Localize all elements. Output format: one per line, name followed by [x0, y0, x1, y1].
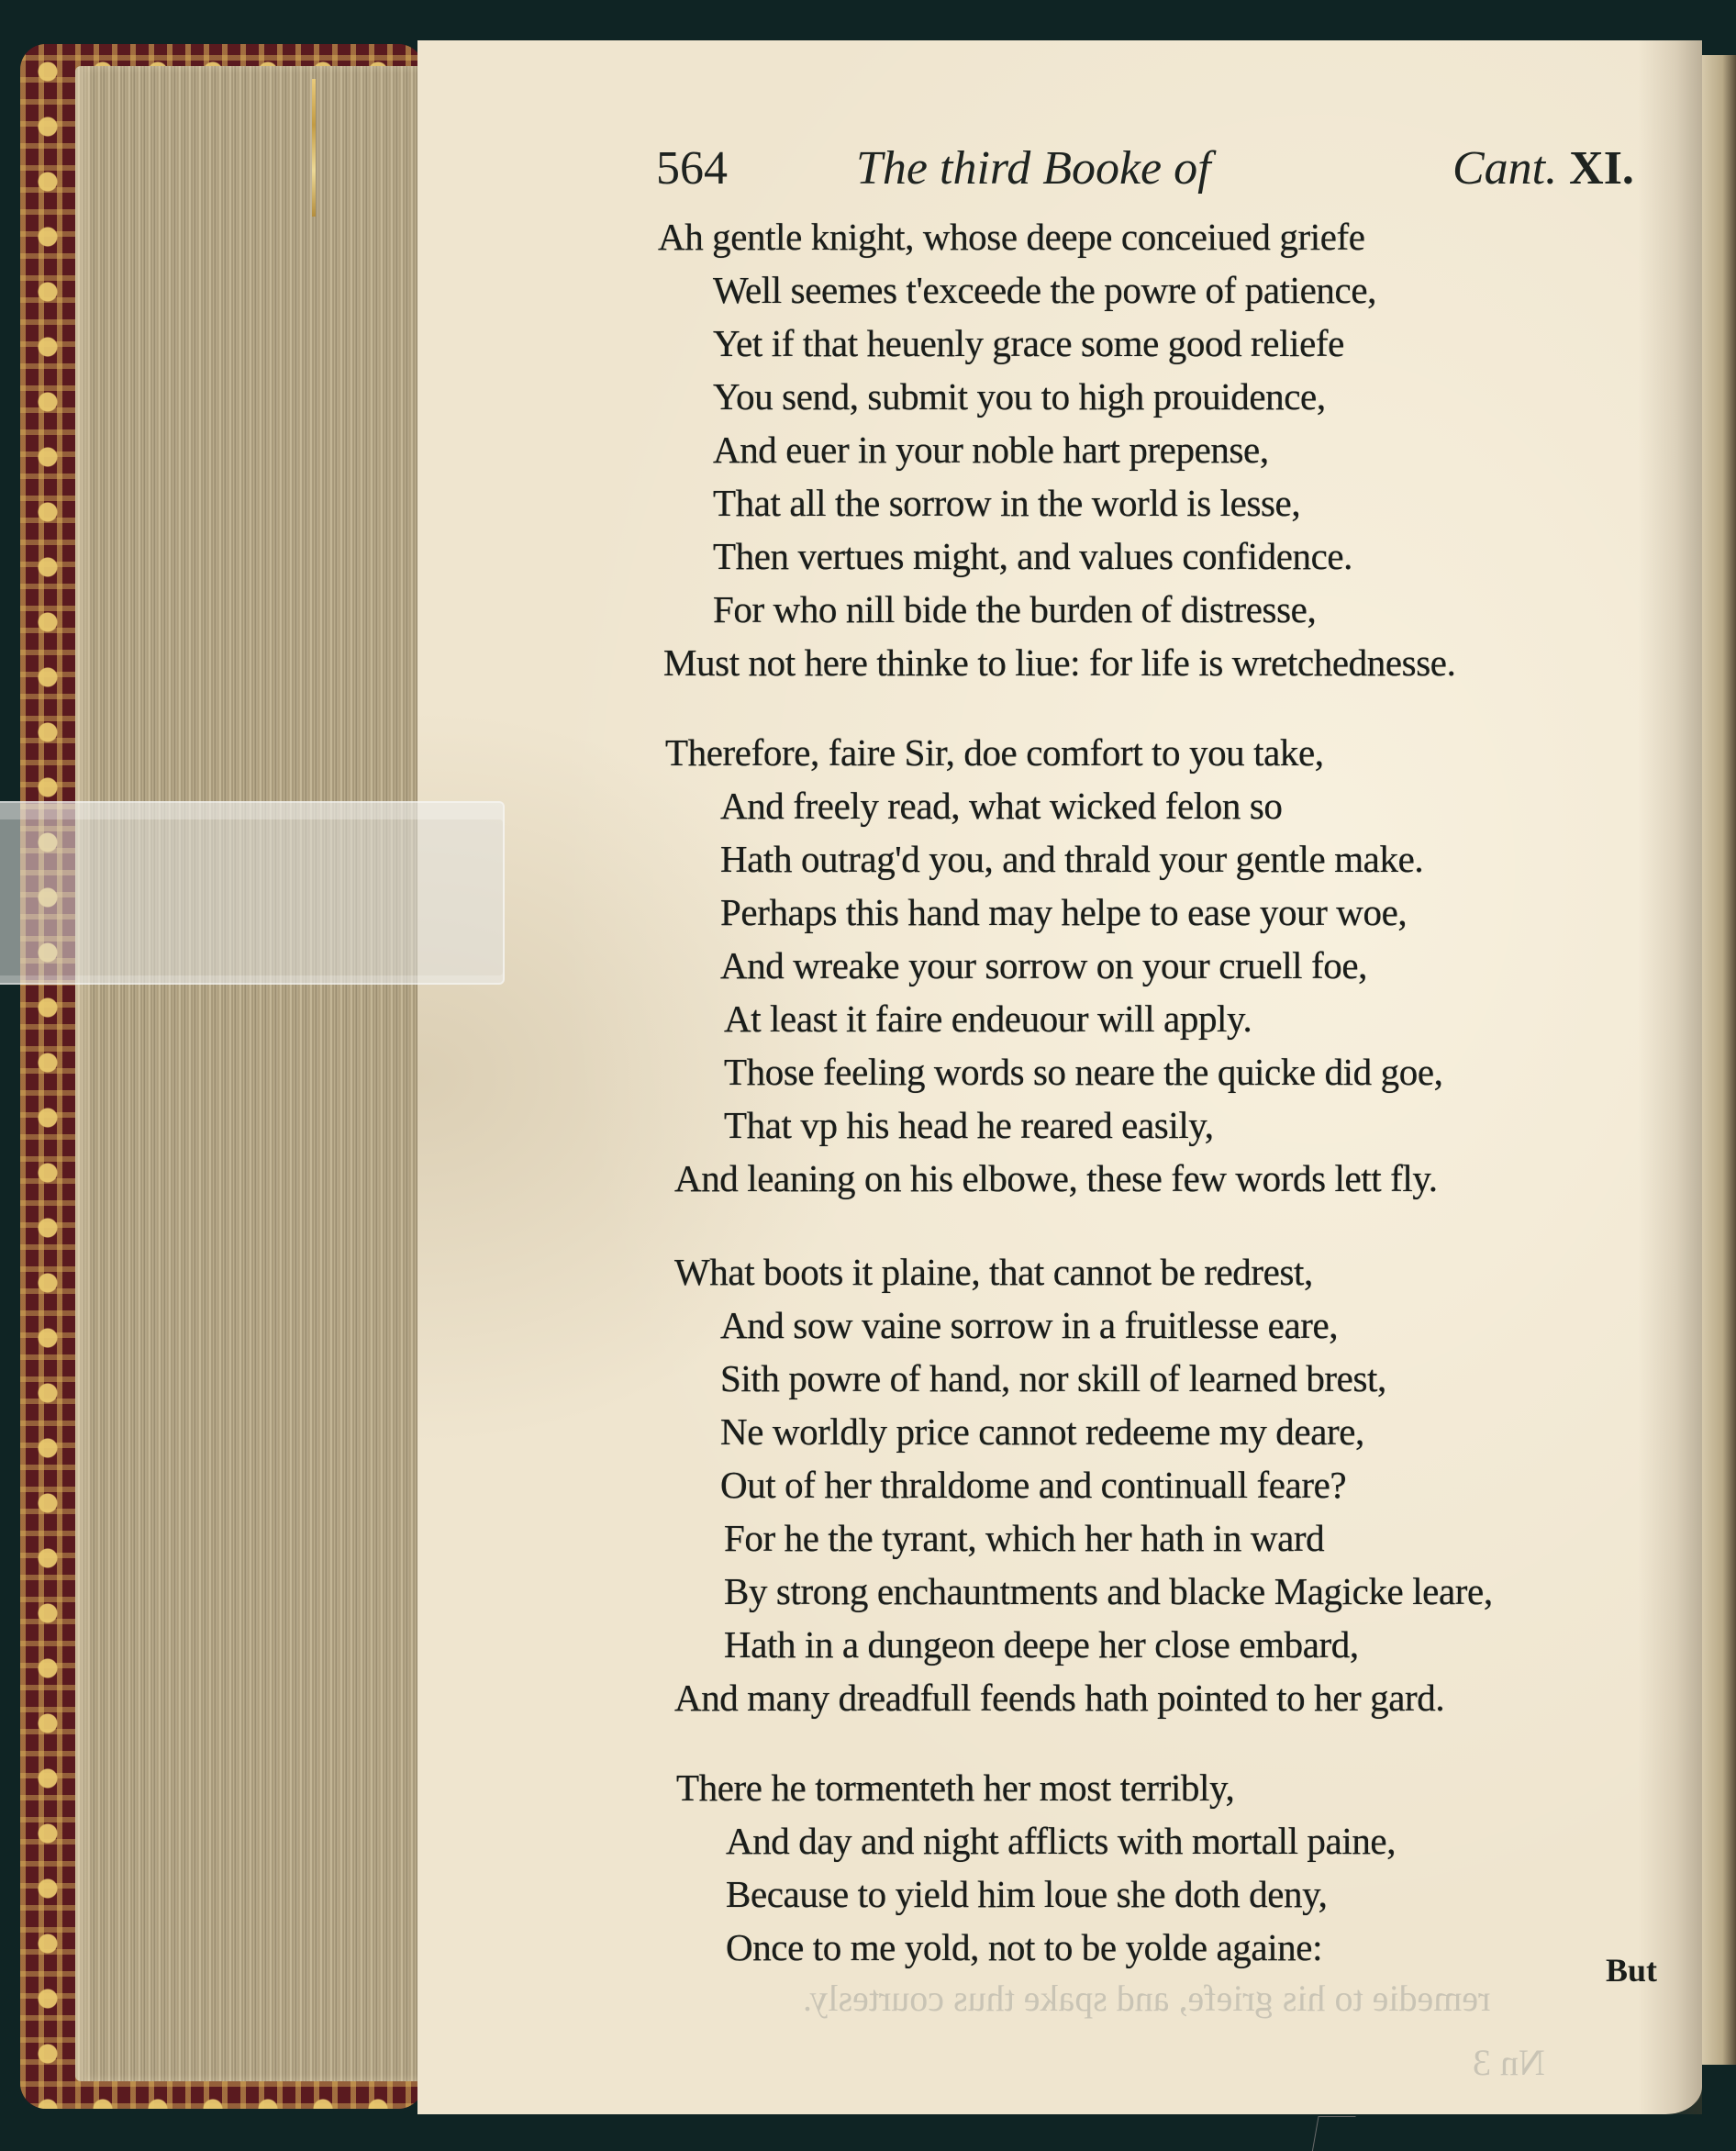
verse-line: And leaning on his elbowe, these few wor… — [674, 1156, 1438, 1200]
verse-line: Hath outrag'd you, and thrald your gentl… — [720, 837, 1423, 881]
verse-line: At least it faire endeuour will apply. — [724, 997, 1252, 1041]
verse-line: Those feeling words so neare the quicke … — [724, 1050, 1442, 1094]
verse-line: Well seemes t'exceede the powre of patie… — [713, 268, 1376, 312]
verse-line: Yet if that heuenly grace some good reli… — [713, 321, 1344, 365]
show-through-text: remedie to his griefe, and spake thus co… — [803, 1977, 1490, 2020]
show-through-signature: Nn 3 — [1473, 2041, 1545, 2084]
verse-line: For he the tyrant, which her hath in war… — [724, 1516, 1324, 1560]
verse-line: What boots it plaine, that cannot be red… — [674, 1250, 1313, 1294]
verse-line: Because to yield him loue she doth deny, — [726, 1872, 1327, 1916]
verse-line: Then vertues might, and values confidenc… — [713, 534, 1352, 578]
book-page: remedie to his griefe, and spake thus co… — [417, 40, 1702, 2114]
verse-line: By strong enchauntments and blacke Magic… — [724, 1569, 1493, 1613]
verse-line: You send, submit you to high prouidence, — [713, 374, 1326, 418]
canto-heading: Cant. XI. — [1452, 141, 1634, 195]
verse-line: And day and night afflicts with mortall … — [726, 1819, 1396, 1863]
verse-line: There he tormenteth her most terribly, — [676, 1766, 1234, 1810]
canto-number: XI. — [1569, 142, 1634, 195]
verse-line: Ne worldly price cannot redeeme my deare… — [720, 1410, 1364, 1454]
running-head: 564 The third Booke of Cant. XI. — [417, 141, 1702, 206]
pencil-mark — [1311, 2116, 1355, 2151]
verse-line: Must not here thinke to liue: for life i… — [663, 641, 1455, 685]
verse-line: And euer in your noble hart prepense, — [713, 428, 1269, 472]
verse-line: Perhaps this hand may helpe to ease your… — [720, 890, 1407, 934]
verse-line: That vp his head he reared easily, — [724, 1103, 1214, 1147]
page-fore-edge — [75, 66, 420, 2081]
verse-line: Sith powre of hand, nor skill of learned… — [720, 1356, 1386, 1400]
canto-label: Cant. — [1452, 142, 1557, 195]
page-gutter-shadow — [1638, 40, 1702, 2114]
verse-line: Hath in a dungeon deepe her close embard… — [724, 1622, 1359, 1666]
verse-line: And sow vaine sorrow in a fruitlesse ear… — [720, 1303, 1338, 1347]
catchword: But — [1606, 1951, 1657, 1989]
verse-line: Once to me yold, not to be yolde againe: — [726, 1925, 1322, 1969]
verse-line: Ah gentle knight, whose deepe conceiued … — [658, 215, 1365, 259]
verse-line: And many dreadfull feends hath pointed t… — [674, 1676, 1444, 1720]
verse-line: And freely read, what wicked felon so — [720, 784, 1283, 828]
verse-line: Therefore, faire Sir, doe comfort to you… — [665, 730, 1324, 775]
verse-line: That all the sorrow in the world is less… — [713, 481, 1300, 525]
running-title: The third Booke of — [856, 141, 1211, 195]
page-number: 564 — [656, 141, 728, 195]
verse-line: Out of her thraldome and continuall fear… — [720, 1463, 1346, 1507]
verse-line: And wreake your sorrow on your cruell fo… — [720, 943, 1367, 987]
gilt-edge-streak — [312, 79, 316, 217]
right-page-edge — [1702, 55, 1736, 2065]
plastic-page-clip — [0, 801, 505, 985]
verse-line: For who nill bide the burden of distress… — [713, 587, 1316, 631]
